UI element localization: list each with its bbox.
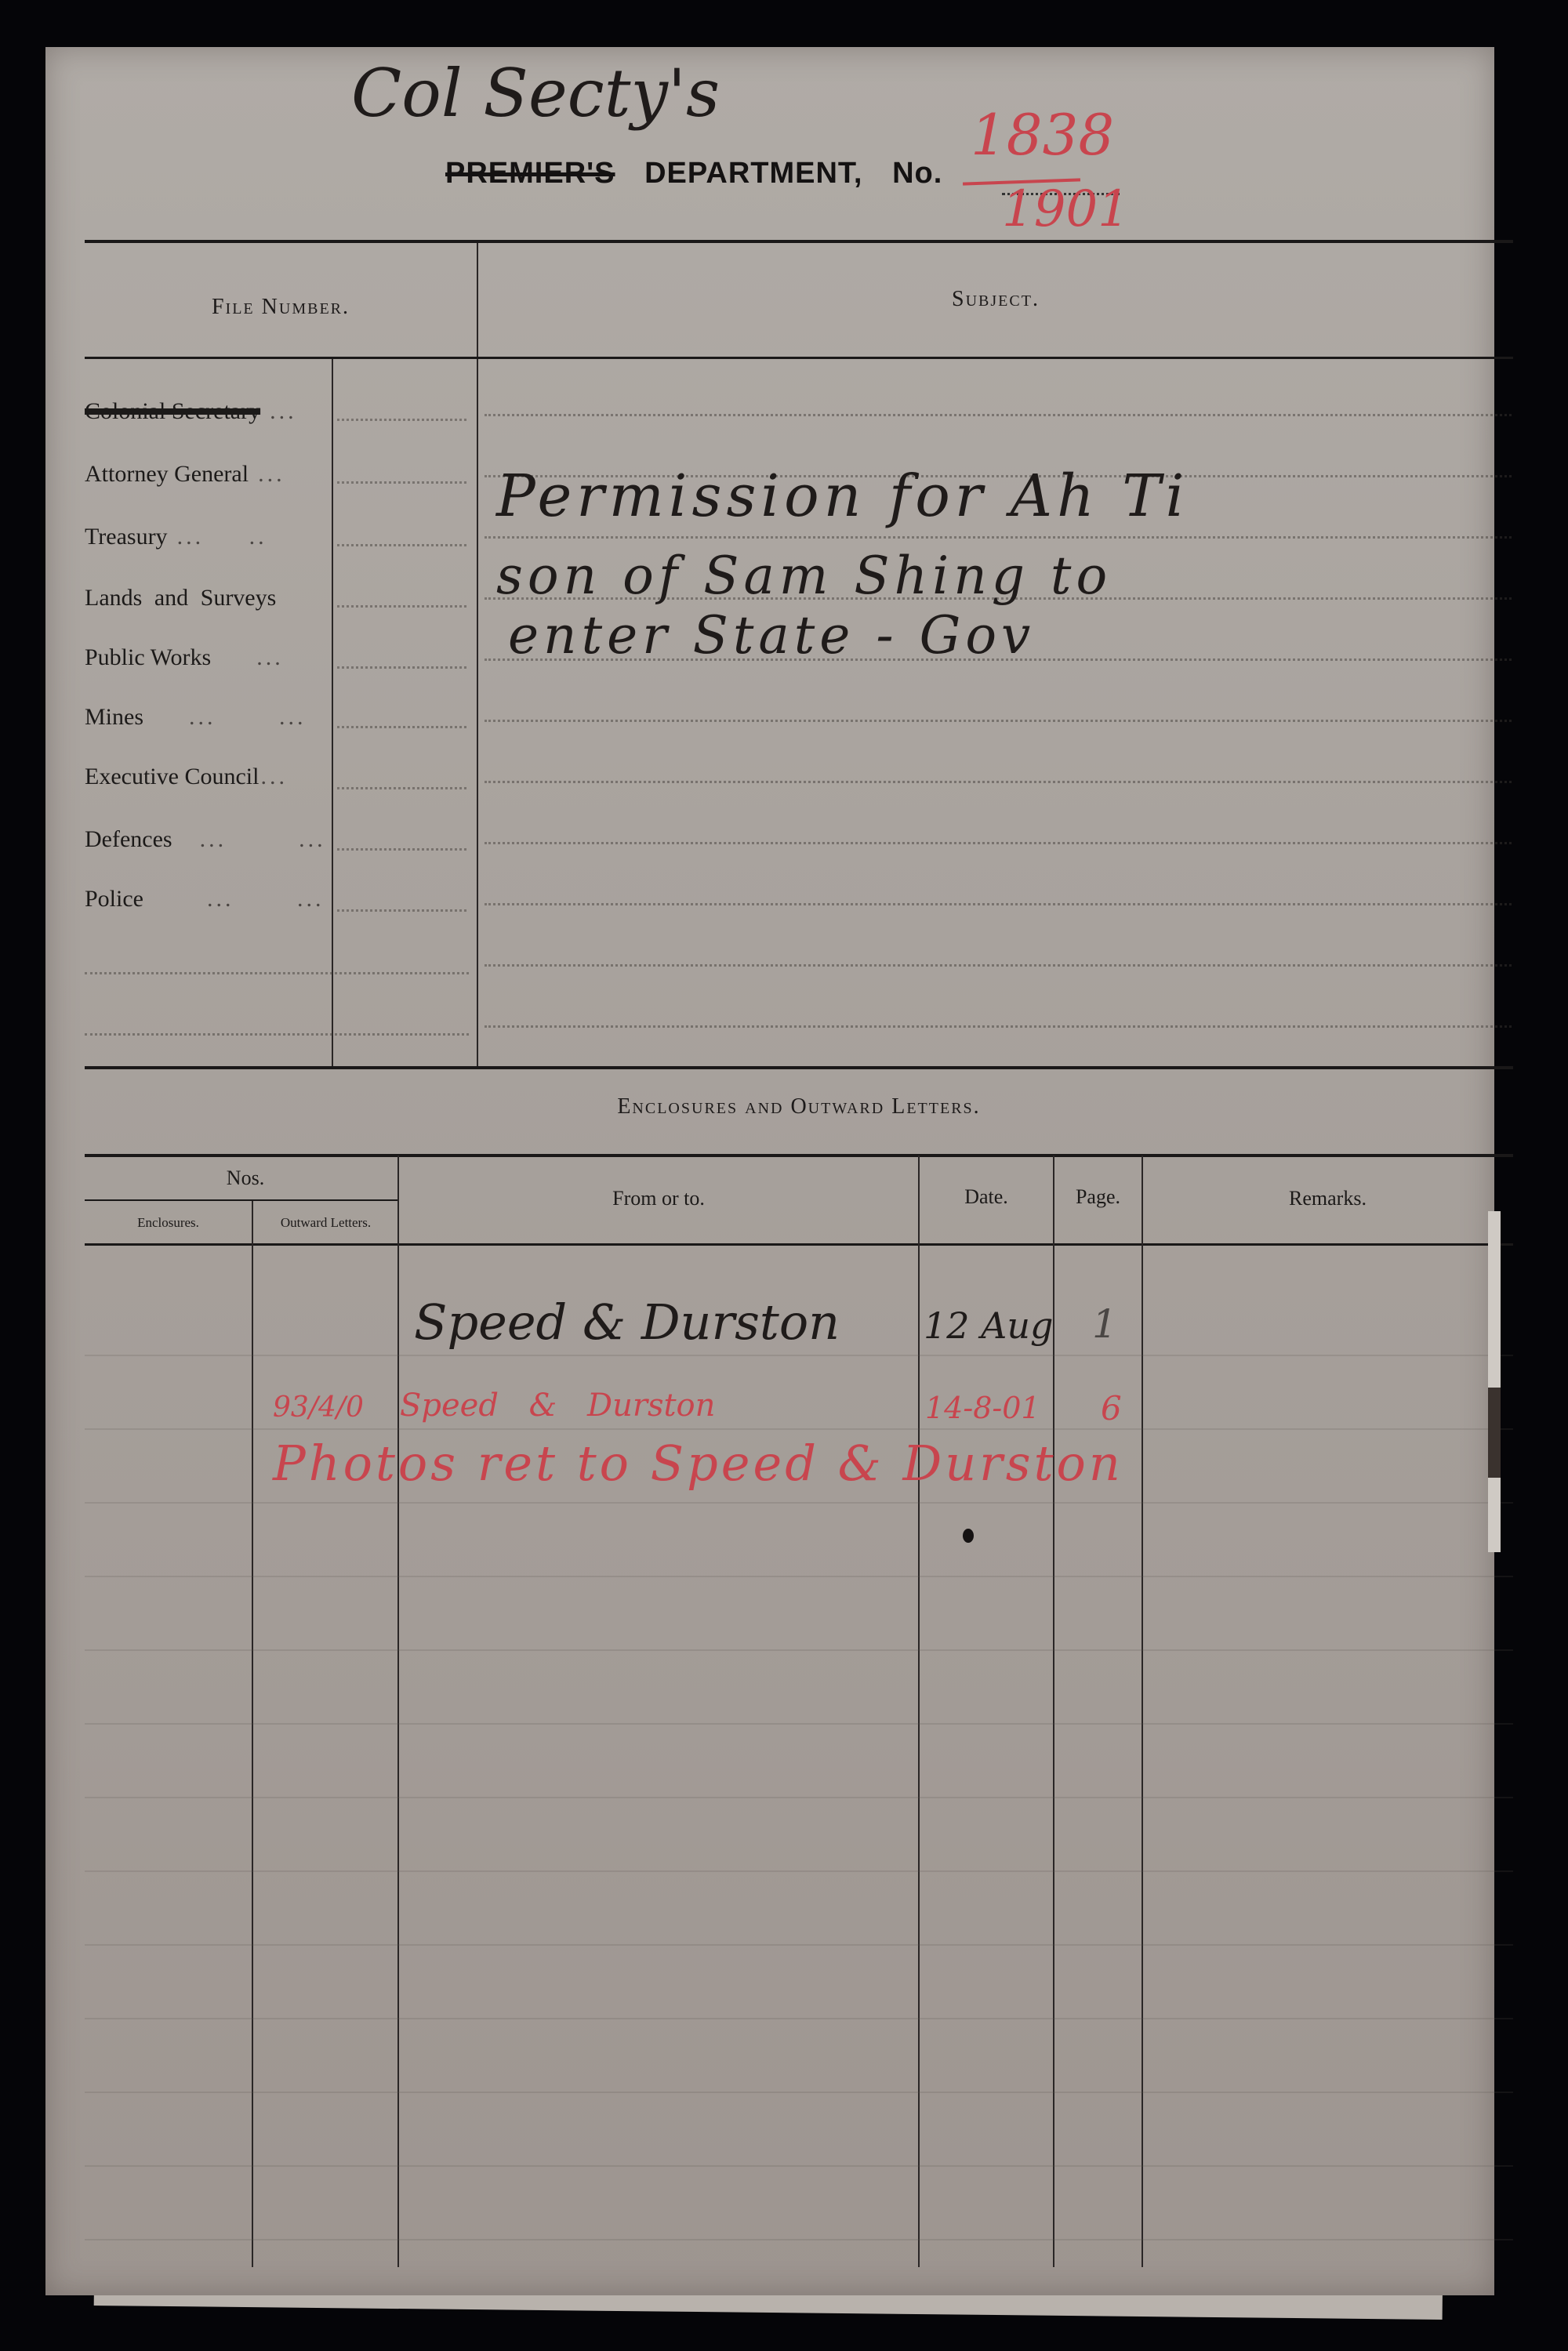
row1-page: 1 bbox=[1092, 1301, 1117, 1347]
file-entry-line bbox=[337, 787, 466, 789]
dept-defences[interactable]: Defences ... ... bbox=[85, 826, 326, 853]
enclosures-title: Enclosures and Outward Letters. bbox=[85, 1094, 1513, 1119]
row1-from-or-to: Speed & Durston bbox=[414, 1293, 840, 1351]
file-entry-line bbox=[337, 726, 466, 728]
row2-page: 6 bbox=[1101, 1389, 1122, 1428]
col-outward-letters-heading: Outward Letters. bbox=[253, 1215, 398, 1231]
subject-text-line-1: Permission for Ah Ti bbox=[496, 463, 1189, 530]
subject-heading: Subject. bbox=[478, 287, 1513, 312]
col-enclosures-heading: Enclosures. bbox=[85, 1215, 252, 1231]
table-ruled-line bbox=[85, 1355, 1513, 1356]
file-entry-line bbox=[337, 666, 466, 669]
table-ruled-line bbox=[85, 1944, 1513, 1946]
top-rule bbox=[85, 240, 1513, 243]
col-line-remarks bbox=[1142, 1156, 1143, 2267]
file-number-heading: File Number. bbox=[85, 295, 477, 320]
subject-line bbox=[485, 964, 1512, 967]
table-ruled-line bbox=[85, 1576, 1513, 1577]
file-entry-line bbox=[85, 1033, 469, 1036]
file-entry-line bbox=[337, 605, 466, 608]
file-section-bottom-rule bbox=[85, 1066, 1513, 1069]
file-number-value: 1838 bbox=[971, 102, 1114, 168]
attached-slip-dark bbox=[1488, 1388, 1501, 1478]
table-ruled-line bbox=[85, 1502, 1513, 1504]
row2-outward-number: 93/4/0 bbox=[273, 1391, 364, 1424]
subject-line bbox=[485, 781, 1512, 783]
nos-subheader-rule bbox=[85, 1199, 398, 1201]
row1-date: 12 Aug bbox=[924, 1304, 1053, 1347]
subject-line bbox=[485, 903, 1512, 905]
table-ruled-line bbox=[85, 2239, 1513, 2240]
dept-colonial-secretary[interactable]: Colonial Secretary... bbox=[85, 398, 297, 425]
number-label: No. bbox=[892, 157, 942, 190]
photos-returned-note: Photos ret to Speed & Durston bbox=[273, 1435, 1123, 1492]
col-nos-heading: Nos. bbox=[85, 1166, 406, 1190]
col-page-heading: Page. bbox=[1054, 1185, 1142, 1209]
table-ruled-line bbox=[85, 1649, 1513, 1651]
file-cover-sheet: Col Secty's PREMIER'S DEPARTMENT, No. 18… bbox=[45, 47, 1494, 2295]
table-ruled-line bbox=[85, 1870, 1513, 1872]
file-inner-column-line bbox=[332, 359, 333, 1068]
subject-line bbox=[485, 414, 1512, 416]
col-line-date bbox=[918, 1156, 920, 2267]
subject-line bbox=[485, 1025, 1512, 1028]
col-line-from bbox=[397, 1156, 399, 2267]
dept-executive-council[interactable]: Executive Council... bbox=[85, 764, 288, 790]
table-ruled-line bbox=[85, 1428, 1513, 1430]
table-ruled-line bbox=[85, 2092, 1513, 2093]
struck-premiers: PREMIER'S bbox=[445, 157, 615, 190]
subject-line bbox=[485, 842, 1512, 844]
dept-attorney-general[interactable]: Attorney General... bbox=[85, 461, 285, 488]
table-ruled-line bbox=[85, 1723, 1513, 1725]
subject-line bbox=[485, 720, 1512, 722]
dept-public-works[interactable]: Public Works ... bbox=[85, 644, 284, 671]
department-word: DEPARTMENT, bbox=[644, 157, 862, 190]
subject-text-line-2: son of Sam Shing to bbox=[496, 546, 1112, 606]
file-entry-line bbox=[337, 909, 466, 912]
dept-treasury[interactable]: Treasury... .. bbox=[85, 524, 267, 550]
dept-police[interactable]: Police ... ... bbox=[85, 886, 325, 912]
table-header-bottom-rule bbox=[85, 1243, 1513, 1246]
table-ruled-line bbox=[85, 1797, 1513, 1798]
col-remarks-heading: Remarks. bbox=[1142, 1187, 1513, 1210]
table-ruled-line bbox=[85, 2165, 1513, 2167]
ink-blot bbox=[963, 1529, 974, 1543]
row2-date: 14-8-01 bbox=[925, 1391, 1040, 1425]
file-entry-line bbox=[337, 544, 466, 546]
attached-slip-edge bbox=[1488, 1478, 1501, 1552]
file-entry-line bbox=[337, 848, 466, 851]
col-line-enclosures bbox=[252, 1201, 253, 2267]
row2-from-or-to: Speed & Durston bbox=[400, 1388, 715, 1424]
file-entry-line bbox=[337, 419, 466, 421]
subject-line bbox=[485, 536, 1512, 539]
handwritten-department: Col Secty's bbox=[351, 55, 720, 132]
table-top-rule bbox=[85, 1154, 1513, 1157]
file-entry-line bbox=[85, 972, 469, 974]
department-title: PREMIER'S DEPARTMENT, No. bbox=[445, 157, 942, 190]
dept-mines[interactable]: Mines ... ... bbox=[85, 704, 307, 731]
file-subject-divider bbox=[477, 243, 478, 1068]
file-entry-line bbox=[337, 481, 466, 484]
attached-slip-edge bbox=[1488, 1211, 1501, 1391]
subject-header-rule bbox=[85, 357, 1513, 359]
col-from-or-to-heading: From or to. bbox=[398, 1187, 919, 1210]
col-date-heading: Date. bbox=[919, 1185, 1054, 1209]
subject-text-line-3: enter State - Gov bbox=[508, 605, 1035, 666]
file-number-year: 1901 bbox=[1002, 180, 1130, 238]
dept-lands-and-surveys[interactable]: Lands and Surveys bbox=[85, 585, 276, 611]
table-ruled-line bbox=[85, 2018, 1513, 2019]
